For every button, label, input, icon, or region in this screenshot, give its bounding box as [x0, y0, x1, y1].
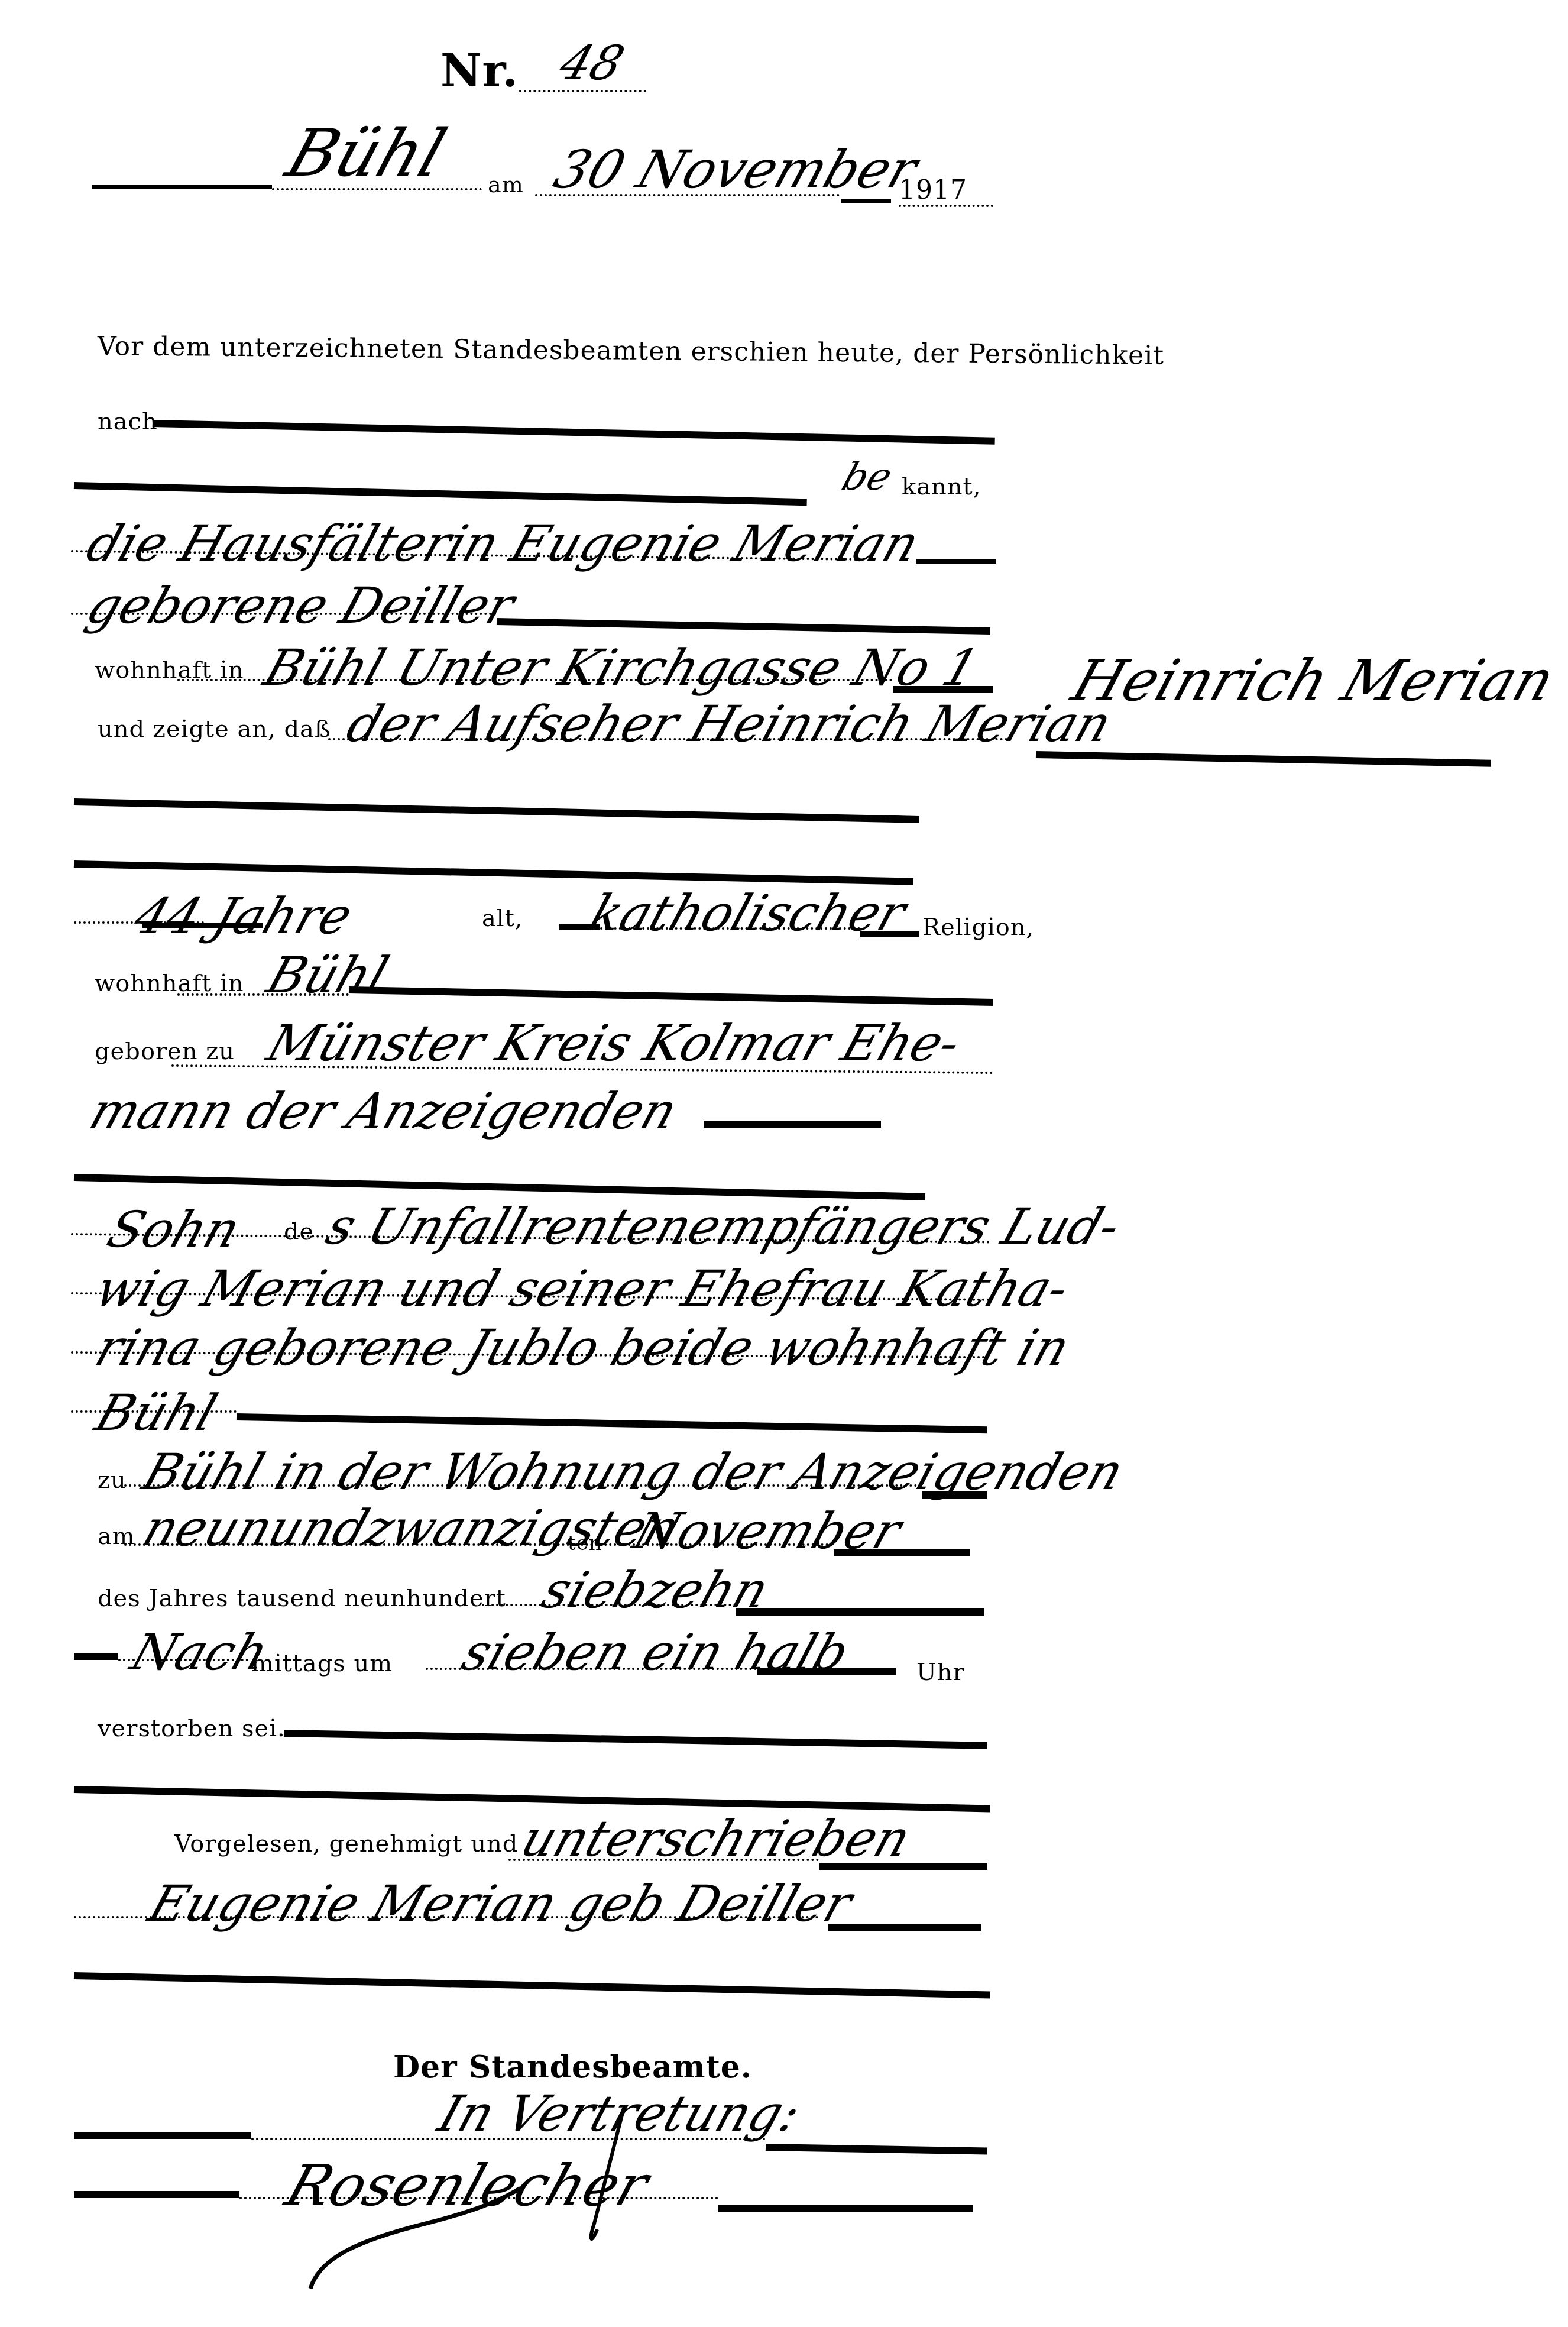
bekannt-print: kannt, — [902, 473, 981, 500]
religion-rule-b — [860, 931, 919, 937]
parents-top-rule — [74, 1174, 925, 1200]
registry-year: 1917 — [899, 175, 967, 205]
informant-line1-rule — [916, 559, 996, 564]
parents-de-label: de — [284, 1218, 314, 1245]
informant-signature-dots — [74, 1916, 819, 1918]
informant-residence-rule — [893, 686, 993, 693]
registry-place: Bühl — [278, 115, 455, 191]
deceased-residence-dots — [177, 993, 349, 996]
deceased-birthplace-cont: mann der Anzeigenden — [83, 1082, 685, 1140]
vorgelesen-label: Vorgelesen, genehmigt und — [174, 1830, 518, 1857]
record-number-label: Nr. — [440, 44, 519, 97]
geboren-label: geboren zu — [95, 1038, 235, 1065]
official-rule-2b — [718, 2205, 973, 2212]
death-day: neunundzwanzigsten — [136, 1499, 687, 1557]
bekannt-rule — [74, 482, 807, 506]
jahres-label: des Jahres tausend neunhundert — [98, 1585, 506, 1612]
official-signature: Rosenlecher — [278, 2153, 656, 2219]
death-am-label: am — [98, 1523, 135, 1550]
registry-date: 30 November — [547, 139, 925, 200]
informant-residence: Bühl Unter Kirchgasse No 1 — [257, 639, 986, 697]
closing-top-rule — [74, 1786, 990, 1812]
record-number-value: 48 — [553, 35, 631, 90]
date-am-label: am — [488, 171, 524, 198]
informant-line1: die Hausfälterin Eugenie Merian — [80, 514, 926, 572]
death-place-rule — [922, 1491, 987, 1499]
blank-rule-1 — [74, 798, 919, 823]
verstorben-label: verstorben sei. — [98, 1715, 286, 1742]
official-title: Der Standesbeamte. — [393, 2049, 752, 2085]
informant-line2: geborene Deiller — [80, 577, 522, 635]
official-rule-1a — [74, 2132, 251, 2139]
deceased-age: 44 Jahre — [127, 887, 359, 945]
death-year-rule — [736, 1608, 984, 1616]
age-rule — [142, 923, 263, 928]
deceased-intro-dots — [328, 738, 1008, 740]
zeigte-label: und zeigte an, daß — [98, 716, 331, 743]
parents-sohn: Sohn — [101, 1200, 247, 1258]
death-month-rule — [834, 1549, 970, 1556]
official-dots-2 — [239, 2197, 718, 2199]
death-record-page: Nr. 48 Bühl am 30 November 1917 Vor dem … — [0, 0, 1568, 2327]
vorgelesen-dots — [508, 1859, 819, 1861]
year-dotline — [899, 205, 993, 207]
intro-line: Vor dem unterzeichneten Standesbeamten e… — [98, 331, 1164, 371]
death-year-dots — [482, 1604, 736, 1606]
religion-label: Religion, — [922, 914, 1034, 941]
vorgelesen-rule — [819, 1863, 987, 1870]
informant-line2-rule — [497, 618, 990, 635]
verstorben-rule — [284, 1730, 987, 1749]
parents-line1: s Unfallrentenempfängers Lud- — [319, 1198, 1128, 1255]
deceased-intro: der Aufseher Heinrich Merian — [340, 695, 1119, 753]
parents-line3: rina geborene Jublo beide wohnhaft in — [89, 1319, 1077, 1377]
time-prefix-dots — [118, 1659, 248, 1661]
official-dots-1 — [251, 2138, 766, 2140]
deceased-birthplace: Münster Kreis Kolmar Ehe- — [260, 1014, 968, 1072]
official-vertretung: In Vertretung: — [432, 2085, 808, 2142]
informant-signature: Eugenie Merian geb Deiller — [142, 1875, 859, 1933]
blank-rule-2 — [74, 860, 913, 885]
mittags-label: mittags um — [251, 1650, 393, 1677]
nach-label: nach — [98, 408, 158, 435]
informant-line2-dots — [71, 613, 497, 615]
informant-signature-rule — [828, 1924, 981, 1931]
informant-residence-dots — [177, 679, 893, 681]
place-rule-left — [92, 185, 272, 189]
official-rule-2a — [74, 2191, 239, 2198]
religion-dots — [600, 927, 860, 930]
deceased-residence-rule — [349, 986, 993, 1006]
parents-line4-rule — [237, 1413, 987, 1433]
uhr-label: Uhr — [916, 1659, 965, 1686]
death-zu-label: zu — [98, 1467, 127, 1494]
bekannt-hand: be — [837, 455, 898, 499]
death-time-dots — [426, 1668, 757, 1670]
margin-signature: Heinrich Merian — [1064, 648, 1563, 714]
alt-label: alt, — [482, 905, 523, 932]
parents-line4-dots — [71, 1410, 237, 1413]
official-rule-1b — [766, 2144, 987, 2155]
birthplace-cont-rule — [704, 1121, 881, 1128]
death-place-dots — [124, 1484, 922, 1487]
parents-line4: Bühl — [89, 1384, 224, 1442]
time-rule-start — [74, 1653, 118, 1660]
margin-signature-rule — [1036, 751, 1491, 767]
death-ten-label: ten — [568, 1532, 602, 1555]
death-time-rule — [757, 1668, 896, 1675]
closing-bottom-rule — [74, 1972, 990, 1998]
parents-line2: wig Merian und seiner Ehefrau Katha- — [89, 1260, 1076, 1318]
nach-rule — [153, 420, 995, 445]
date-rule-end — [841, 199, 891, 203]
